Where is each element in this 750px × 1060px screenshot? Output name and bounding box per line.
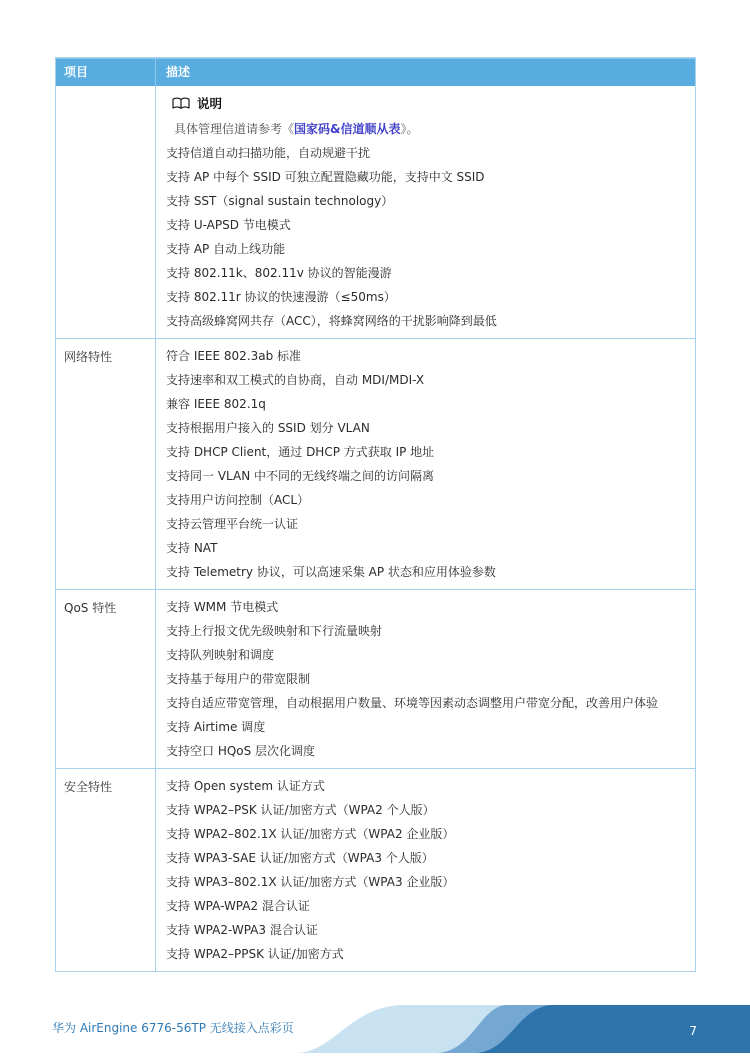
feature-item: 支持 AP 自动上线功能: [166, 237, 683, 261]
feature-item: 支持速率和双工模式的自协商，自动 MDI/MDI-X: [166, 368, 683, 392]
note-text-before: 具体管理信道请参考《: [174, 122, 294, 136]
feature-item: 支持 WPA3–802.1X 认证/加密方式（WPA3 企业版）: [166, 870, 683, 894]
spec-table: 项目 描述 说明具体管理信道请参考《国家码&信道顺从表》。支持信道自动扫描功能，…: [55, 57, 696, 972]
feature-item: 支持根据用户接入的 SSID 划分 VLAN: [166, 416, 683, 440]
feature-item: 支持 NAT: [166, 536, 683, 560]
page-footer: 华为 AirEngine 6776-56TP 无线接入点彩页 7: [0, 988, 750, 1060]
table-row: QoS 特性支持 WMM 节电模式支持上行报文优先级映射和下行流量映射支持队列映…: [56, 589, 695, 768]
table-row: 网络特性符合 IEEE 802.3ab 标准支持速率和双工模式的自协商，自动 M…: [56, 338, 695, 589]
section-items: 支持 Open system 认证方式支持 WPA2–PSK 认证/加密方式（W…: [156, 769, 695, 971]
table-header-row: 项目 描述: [56, 58, 695, 86]
feature-item: 支持 AP 中每个 SSID 可独立配置隐藏功能，支持中文 SSID: [166, 165, 683, 189]
note-text: 具体管理信道请参考《国家码&信道顺从表》。: [172, 120, 683, 137]
section-label: 安全特性: [56, 769, 156, 971]
feature-item: 支持 802.11k、802.11v 协议的智能漫游: [166, 261, 683, 285]
document-page: 项目 描述 说明具体管理信道请参考《国家码&信道顺从表》。支持信道自动扫描功能，…: [0, 0, 750, 1060]
section-items: 支持 WMM 节电模式支持上行报文优先级映射和下行流量映射支持队列映射和调度支持…: [156, 590, 695, 768]
feature-item: 支持 WMM 节电模式: [166, 595, 683, 619]
feature-item: 符合 IEEE 802.3ab 标准: [166, 344, 683, 368]
feature-item: 支持队列映射和调度: [166, 643, 683, 667]
feature-item: 支持 DHCP Client，通过 DHCP 方式获取 IP 地址: [166, 440, 683, 464]
feature-item: 支持 WPA2–PSK 认证/加密方式（WPA2 个人版）: [166, 798, 683, 822]
feature-item: 支持 SST（signal sustain technology）: [166, 189, 683, 213]
feature-item: 支持云管理平台统一认证: [166, 512, 683, 536]
section-items: 符合 IEEE 802.3ab 标准支持速率和双工模式的自协商，自动 MDI/M…: [156, 339, 695, 589]
table-row: 说明具体管理信道请参考《国家码&信道顺从表》。支持信道自动扫描功能，自动规避干扰…: [56, 86, 695, 338]
table-row: 安全特性支持 Open system 认证方式支持 WPA2–PSK 认证/加密…: [56, 768, 695, 971]
book-icon: [172, 97, 190, 110]
feature-item: 支持上行报文优先级映射和下行流量映射: [166, 619, 683, 643]
feature-item: 支持高级蜂窝网共存（ACC），将蜂窝网络的干扰影响降到最低: [166, 309, 683, 333]
feature-item: 支持信道自动扫描功能，自动规避干扰: [166, 141, 683, 165]
feature-item: 支持用户访问控制（ACL）: [166, 488, 683, 512]
feature-item: 支持自适应带宽管理，自动根据用户数量、环境等因素动态调整用户带宽分配，改善用户体…: [166, 691, 683, 715]
section-label: 网络特性: [56, 339, 156, 589]
feature-item: 支持基于每用户的带宽限制: [166, 667, 683, 691]
feature-item: 支持同一 VLAN 中不同的无线终端之间的访问隔离: [166, 464, 683, 488]
feature-item: 支持空口 HQoS 层次化调度: [166, 739, 683, 763]
feature-item: 支持 WPA2-WPA3 混合认证: [166, 918, 683, 942]
feature-item: 兼容 IEEE 802.1q: [166, 392, 683, 416]
feature-item: 支持 U-APSD 节电模式: [166, 213, 683, 237]
feature-item: 支持 Telemetry 协议，可以高速采集 AP 状态和应用体验参数: [166, 560, 683, 584]
section-items: 说明具体管理信道请参考《国家码&信道顺从表》。支持信道自动扫描功能，自动规避干扰…: [156, 86, 695, 338]
footer-doc-title: 华为 AirEngine 6776-56TP 无线接入点彩页: [52, 1019, 294, 1036]
section-label: QoS 特性: [56, 590, 156, 768]
feature-item: 支持 WPA-WPA2 混合认证: [166, 894, 683, 918]
note-link[interactable]: 国家码&信道顺从表: [294, 122, 400, 136]
footer-wave-decoration: [290, 1005, 750, 1053]
column-header-item: 项目: [56, 59, 156, 86]
feature-item: 支持 Open system 认证方式: [166, 774, 683, 798]
feature-item: 支持 802.11r 协议的快速漫游（≤50ms）: [166, 285, 683, 309]
column-header-desc: 描述: [156, 59, 695, 86]
spec-table-body: 说明具体管理信道请参考《国家码&信道顺从表》。支持信道自动扫描功能，自动规避干扰…: [56, 86, 695, 971]
feature-item: 支持 WPA2–PPSK 认证/加密方式: [166, 942, 683, 966]
feature-item: 支持 WPA2–802.1X 认证/加密方式（WPA2 企业版）: [166, 822, 683, 846]
note-text-after: 》。: [400, 122, 418, 136]
page-number: 7: [689, 1024, 697, 1038]
feature-item: 支持 Airtime 调度: [166, 715, 683, 739]
note-heading: 说明: [172, 94, 683, 112]
feature-item: 支持 WPA3-SAE 认证/加密方式（WPA3 个人版）: [166, 846, 683, 870]
note-title: 说明: [197, 94, 222, 112]
note-block: 说明具体管理信道请参考《国家码&信道顺从表》。: [166, 91, 683, 141]
section-label: [56, 86, 156, 338]
